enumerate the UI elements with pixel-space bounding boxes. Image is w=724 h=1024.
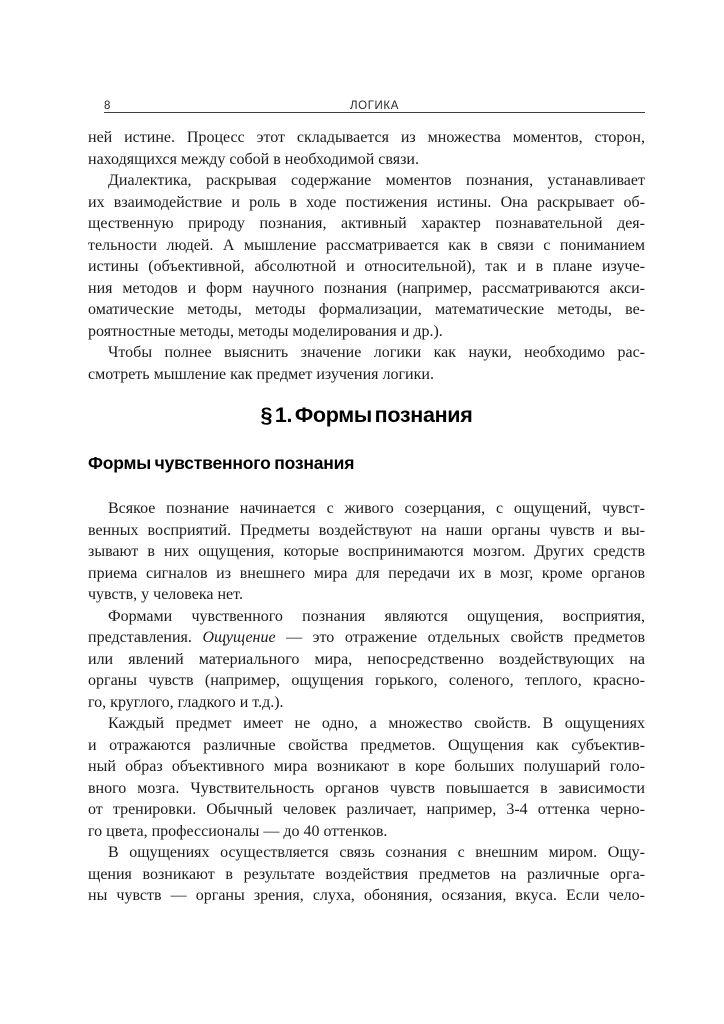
paragraph: Формами чувственного познания являются о…	[88, 606, 645, 714]
paragraph: В ощущениях осуществляется связь сознани…	[88, 842, 645, 907]
paragraph: ней истине. Процесс этот складывается из…	[88, 127, 645, 170]
page-header: 8 ЛОГИКА	[104, 96, 645, 113]
text-line: или явлений материального мира, непосред…	[88, 649, 645, 671]
text-line: представления. Ощущение — это отражение …	[88, 627, 645, 649]
text-line: Каждый предмет имеет не одно, а множеств…	[88, 713, 645, 735]
text-line: приема сигналов из внешнего мира для пер…	[88, 563, 645, 585]
page-content: 8 ЛОГИКА ней истине. Процесс этот склады…	[88, 0, 645, 907]
text-line: находящихся между собой в необходимой св…	[88, 149, 645, 171]
text-run: — это отражение отдельных свойств предме…	[276, 629, 645, 646]
body-text: ней истине. Процесс этот складывается из…	[88, 127, 645, 907]
text-line: роятностные методы, методы моделирования…	[88, 321, 645, 343]
text-line: венных восприятий. Предметы воздействуют…	[88, 520, 645, 542]
text-line: ния методов и форм научного познания (на…	[88, 278, 645, 300]
text-run: представления.	[88, 629, 202, 646]
paragraph: Всякое познание начинается с живого созе…	[88, 498, 645, 606]
text-line: щественную природу познания, активный ха…	[88, 213, 645, 235]
running-title: ЛОГИКА	[104, 100, 645, 112]
text-line: Формами чувственного познания являются о…	[88, 606, 645, 628]
text-line: ны чувств — органы зрения, слуха, обонян…	[88, 885, 645, 907]
text-line: ный образ объективного мира возникают в …	[88, 756, 645, 778]
text-line: го цвета, профессионалы — до 40 оттенков…	[88, 821, 645, 843]
text-line: и отражаются различные свойства предмето…	[88, 735, 645, 757]
text-line: зывают в них ощущения, которые восприним…	[88, 541, 645, 563]
book-page: 8 ЛОГИКА ней истине. Процесс этот склады…	[0, 0, 724, 1024]
paragraph: Чтобы полнее выяснить значение логики ка…	[88, 342, 645, 385]
text-line: Всякое познание начинается с живого созе…	[88, 498, 645, 520]
text-line: органы чувств (например, ощущения горько…	[88, 670, 645, 692]
text-line: тельности людей. А мышление рассматривае…	[88, 235, 645, 257]
text-line: от тренировки. Обычный человек различает…	[88, 799, 645, 821]
text-line: Диалектика, раскрывая содержание моменто…	[88, 170, 645, 192]
paragraph: Каждый предмет имеет не одно, а множеств…	[88, 713, 645, 842]
text-line: ней истине. Процесс этот складывается из…	[88, 127, 645, 149]
text-line: го, круглого, гладкого и т.д.).	[88, 692, 645, 714]
emphasized-term: Ощущение	[202, 629, 275, 646]
text-line: В ощущениях осуществляется связь сознани…	[88, 842, 645, 864]
text-line: их взаимодействие и роль в ходе постижен…	[88, 192, 645, 214]
text-line: смотреть мышление как предмет изучения л…	[88, 364, 645, 386]
section-heading: § 1. Формы познания	[88, 402, 645, 429]
paragraph: Диалектика, раскрывая содержание моменто…	[88, 170, 645, 342]
subsection-heading: Формы чувственного познания	[88, 453, 645, 474]
text-line: вного мозга. Чувствительность органов чу…	[88, 778, 645, 800]
text-line: чувств, у человека нет.	[88, 584, 645, 606]
text-line: оматические методы, методы формализации,…	[88, 299, 645, 321]
text-line: истины (объективной, абсолютной и относи…	[88, 256, 645, 278]
text-line: Чтобы полнее выяснить значение логики ка…	[88, 342, 645, 364]
text-line: щения возникают в результате воздействия…	[88, 864, 645, 886]
